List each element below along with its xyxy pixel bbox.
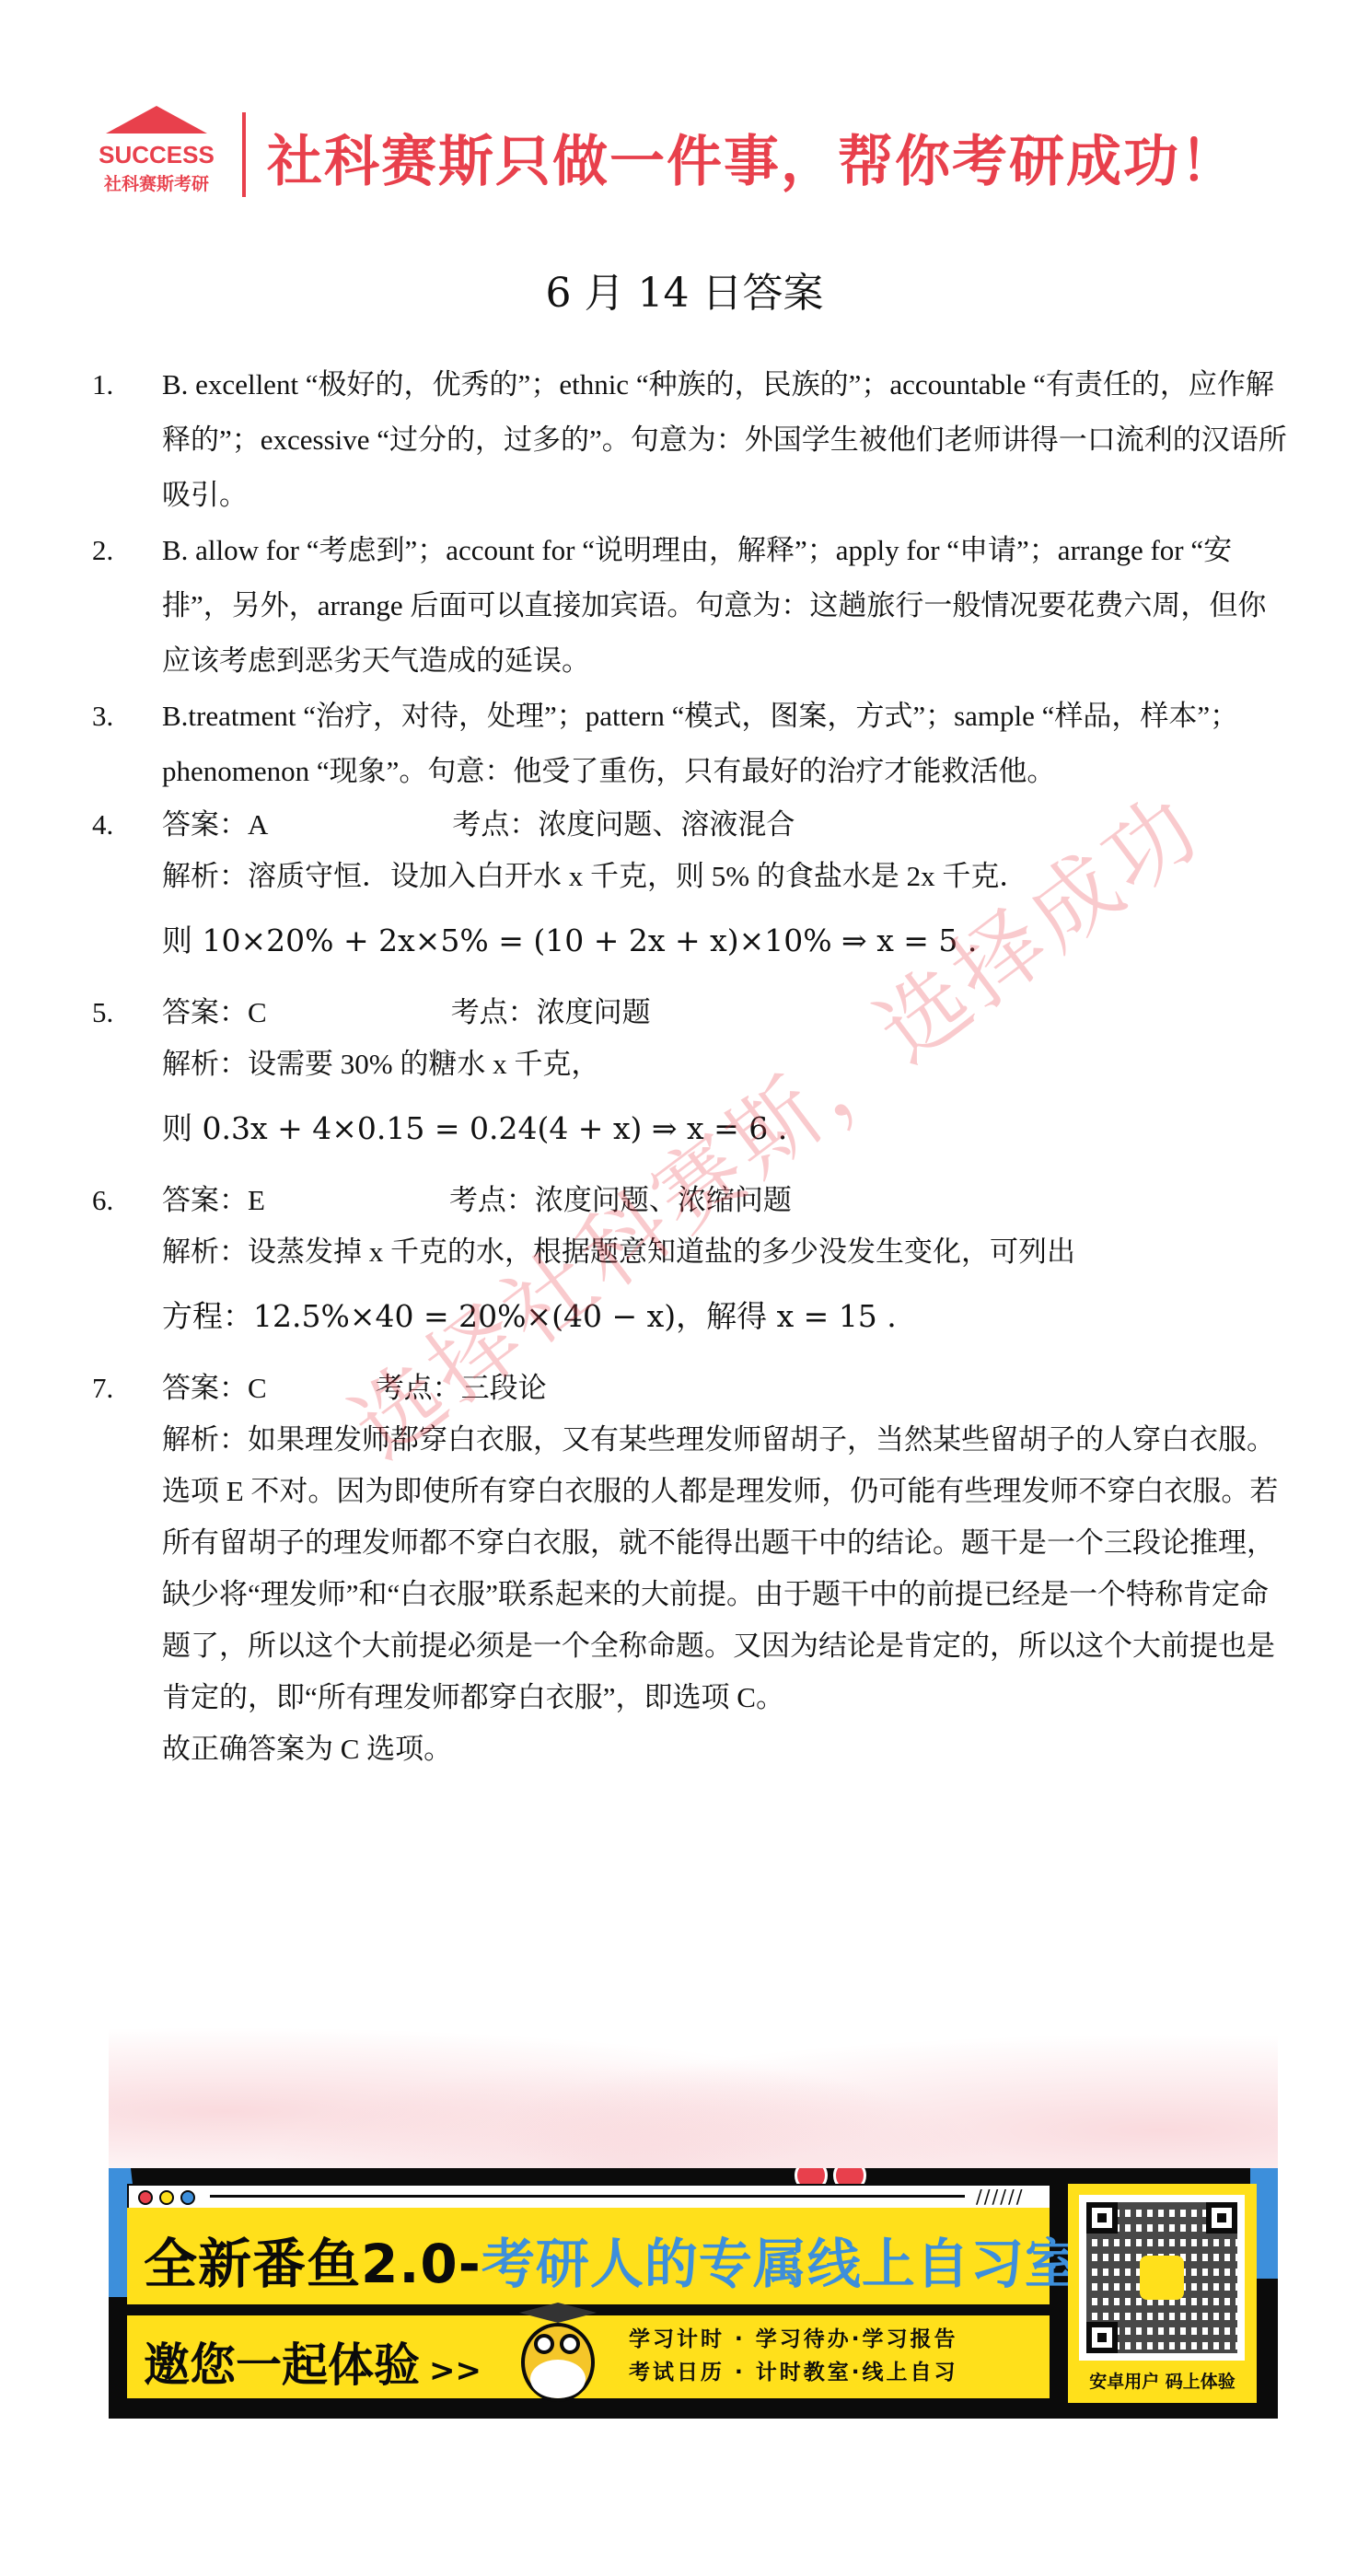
double-chevron-icon: >> xyxy=(429,2352,481,2389)
test-point: 考点：浓度问题、溶液混合 xyxy=(452,808,795,841)
page-title: 6 月 14 日答案 xyxy=(0,260,1369,319)
answer-item-6: 6. 答案：E考点：浓度问题、浓缩问题 解析：设蒸发掉 x 千克的水，根据题意知… xyxy=(92,1175,1289,1342)
logo-en-text: SUCCESS xyxy=(92,141,221,169)
item-number: 1. xyxy=(92,357,113,412)
test-point: 考点：浓度问题、浓缩问题 xyxy=(449,1184,792,1216)
answer-item-5: 5. 答案：C考点：浓度问题 解析：设需要 30% 的糖水 x 千克， 则 0.… xyxy=(92,987,1289,1155)
analysis-text: 解析：如果理发师都穿白衣服，又有某些理发师留胡子，当然某些留胡子的人穿白衣服。 xyxy=(162,1414,1289,1466)
math-equation: 则 0.3x + 4×0.15 = 0.24(4 + x) ⇒ x = 6 . xyxy=(162,1103,1289,1155)
item-number: 5. xyxy=(92,987,113,1039)
page-header: SUCCESS 社科赛斯考研 社科赛斯只做一件事，帮你考研成功！ xyxy=(92,101,1289,203)
item-number: 2. xyxy=(92,523,113,578)
blue-dot-icon xyxy=(180,2190,195,2205)
test-point: 考点：浓度问题 xyxy=(451,996,651,1028)
feature-line-2: 考试日历 · 计时教室·线上自习 xyxy=(629,2356,958,2389)
invite-cta[interactable]: 邀您一起体验>> xyxy=(144,2328,481,2395)
roof-icon xyxy=(106,106,207,133)
address-line xyxy=(210,2195,965,2198)
invite-text: 邀您一起体验 xyxy=(144,2338,420,2392)
answer-label: 答案：C xyxy=(162,1372,267,1404)
answer-item-4: 4. 答案：A考点：浓度问题、溶液混合 解析：溶质守恒．设加入白开水 x 千克，… xyxy=(92,799,1289,967)
test-point: 考点：三段论 xyxy=(376,1372,547,1404)
answer-item-3: 3. B.treatment “治疗，对待，处理”；pattern “模式，图案… xyxy=(92,689,1289,799)
answer-label: 答案：E xyxy=(162,1184,265,1216)
logo-cn-text: 社科赛斯考研 xyxy=(92,170,221,195)
math-equation: 则 10×20% + 2x×5% = (10 + 2x + x)×10% ⇒ x… xyxy=(162,915,1289,967)
feature-list: 学习计时 · 学习待办·学习报告 考试日历 · 计时教室·线上自习 xyxy=(629,2323,958,2389)
fish-mascot-icon xyxy=(514,2299,602,2402)
graduation-cap-icon xyxy=(519,2303,597,2323)
item-number: 6. xyxy=(92,1175,113,1226)
math-equation: 方程：12.5%×40 = 20%×(40 − x)，解得 x = 15 . xyxy=(162,1291,1289,1342)
browser-bar-graphic: ////// xyxy=(127,2184,1051,2210)
qr-code-panel[interactable]: 安卓用户 码上体验 xyxy=(1068,2184,1257,2403)
answer-item-1: 1. B. excellent “极好的，优秀的”；ethnic “种族的，民族… xyxy=(92,357,1289,523)
analysis-text: 解析：设需要 30% 的糖水 x 千克， xyxy=(162,1039,1289,1090)
answer-item-7: 7. 答案：C考点：三段论 解析：如果理发师都穿白衣服，又有某些理发师留胡子，当… xyxy=(92,1363,1289,1775)
header-divider xyxy=(242,112,246,197)
answer-list: 1. B. excellent “极好的，优秀的”；ethnic “种族的，民族… xyxy=(92,357,1289,1775)
answer-item-2: 2. B. allow for “考虑到”；account for “说明理由，… xyxy=(92,523,1289,689)
headline-blue: 考研人的专属线上自习室 xyxy=(481,2233,1079,2295)
yellow-dot-icon xyxy=(159,2190,174,2205)
decorative-background xyxy=(109,1979,1278,2168)
analysis-text: 解析：溶质守恒．设加入白开水 x 千克，则 5% 的食盐水是 2x 千克． xyxy=(162,851,1289,902)
answer-label: 答案：A xyxy=(162,808,268,841)
analysis-paragraph: 选项 E 不对。因为即使所有穿白衣服的人都是理发师，仍可能有些理发师不穿白衣服。… xyxy=(162,1466,1289,1723)
analysis-text: 解析：设蒸发掉 x 千克的水，根据题意知道盐的多少没发生变化，可列出 xyxy=(162,1226,1289,1278)
banner-headline-panel: 全新番鱼2.0-考研人的专属线上自习室 xyxy=(127,2208,1050,2304)
qr-code-icon[interactable] xyxy=(1079,2195,1245,2361)
header-slogan: 社科赛斯只做一件事，帮你考研成功！ xyxy=(267,118,1237,197)
item-number: 3. xyxy=(92,689,113,744)
slashes-decoration: ////// xyxy=(976,2186,1024,2208)
item-number: 4. xyxy=(92,799,113,851)
success-logo: SUCCESS 社科赛斯考研 xyxy=(92,106,221,198)
banner-invite-panel: 邀您一起体验>> 学习计时 · 学习待办·学习报告 考试日历 · 计时教室·线上… xyxy=(127,2315,1050,2398)
conclusion-text: 故正确答案为 C 选项。 xyxy=(162,1723,1289,1775)
answer-text: B. excellent “极好的，优秀的”；ethnic “种族的，民族的”；… xyxy=(162,357,1289,523)
app-logo-icon xyxy=(1140,2256,1184,2300)
qr-caption: 安卓用户 码上体验 xyxy=(1068,2368,1257,2393)
answer-text: B. allow for “考虑到”；account for “说明理由，解释”… xyxy=(162,523,1289,689)
answer-text: B.treatment “治疗，对待，处理”；pattern “模式，图案，方式… xyxy=(162,689,1289,799)
red-dot-icon xyxy=(138,2190,153,2205)
answer-label: 答案：C xyxy=(162,996,267,1028)
feature-line-1: 学习计时 · 学习待办·学习报告 xyxy=(629,2323,958,2356)
headline-black: 全新番鱼2.0- xyxy=(144,2233,481,2295)
promo-banner[interactable]: ////// 全新番鱼2.0-考研人的专属线上自习室 邀您一起体验>> 学习计时… xyxy=(109,2168,1278,2419)
banner-headline: 全新番鱼2.0-考研人的专属线上自习室 xyxy=(144,2221,1079,2298)
item-number: 7. xyxy=(92,1363,113,1414)
